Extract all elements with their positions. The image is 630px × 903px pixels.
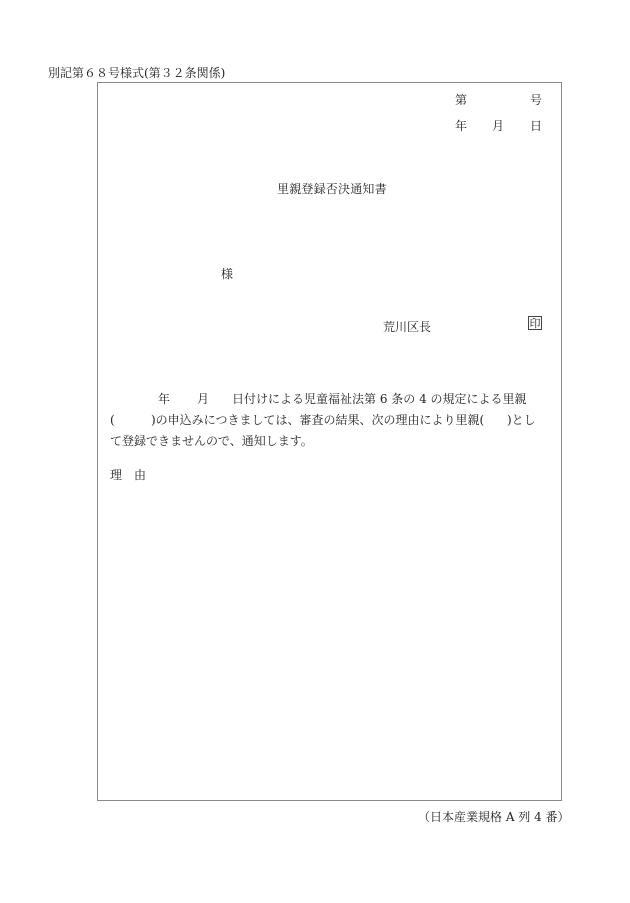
body-line-1: 年 月 日付けによる児童福祉法第 6 条の 4 の規定による里親 bbox=[110, 389, 552, 410]
body-paren-open: ( bbox=[110, 410, 115, 431]
paper-size-note: （日本産業規格 A 列 4 番） bbox=[418, 808, 570, 825]
seal-icon: 印 bbox=[528, 316, 542, 330]
number-prefix: 第 bbox=[455, 91, 467, 108]
body-line-3: て登録できませんので、通知します。 bbox=[110, 431, 552, 452]
body-month: 月 bbox=[197, 389, 209, 410]
body-line-3-text: て登録できませんので、通知します。 bbox=[110, 431, 313, 452]
reason-label-char-1: 理 bbox=[110, 466, 122, 483]
notice-body: 年 月 日付けによる児童福祉法第 6 条の 4 の規定による里親 ( )の申込み… bbox=[110, 389, 552, 452]
body-line-1-text: 日付けによる児童福祉法第 6 条の 4 の規定による里親 bbox=[232, 389, 527, 410]
body-year: 年 bbox=[158, 389, 170, 410]
issuer-name: 荒川区長 bbox=[383, 318, 431, 335]
body-line-2-tail: )とし bbox=[507, 410, 536, 431]
reason-label-char-2: 由 bbox=[134, 466, 146, 483]
date-month: 月 bbox=[492, 117, 504, 134]
date-year: 年 bbox=[455, 117, 467, 134]
body-line-2-text: )の申込みにつきましては、審査の結果、次の理由により里親( bbox=[151, 410, 484, 431]
date-day: 日 bbox=[530, 117, 542, 134]
document-title: 里親登録否決通知書 bbox=[277, 180, 387, 197]
form-header: 別記第６８号様式(第３２条関係) bbox=[48, 64, 225, 81]
addressee-suffix: 様 bbox=[221, 265, 233, 282]
number-suffix: 号 bbox=[530, 91, 542, 108]
body-line-2: ( )の申込みにつきましては、審査の結果、次の理由により里親( )とし bbox=[110, 410, 552, 431]
